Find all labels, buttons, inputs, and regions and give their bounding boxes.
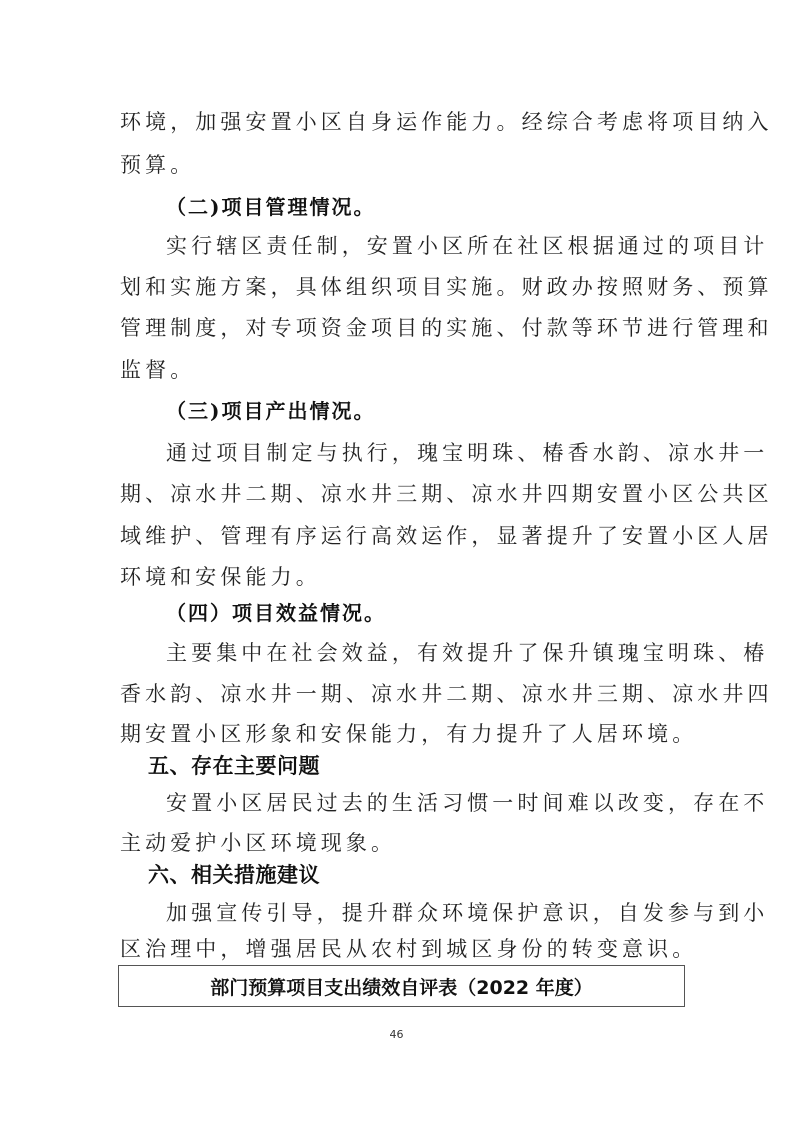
section-heading-problems: 五、存在主要问题 <box>148 753 320 779</box>
paragraph-line: 主动爱护小区环境现象。 <box>120 830 676 856</box>
paragraph-line: 监督。 <box>120 357 676 383</box>
page-number: 46 <box>0 1028 793 1041</box>
paragraph-line: 环境，加强安置小区自身运作能力。经综合考虑将项目纳入 <box>120 109 676 135</box>
table-title: 部门预算项目支出绩效自评表（2022 年度） <box>210 973 593 1000</box>
section-heading-suggestions: 六、相关措施建议 <box>148 862 320 888</box>
subheading-benefit: （四）项目效益情况。 <box>166 600 386 626</box>
paragraph-line: 安置小区居民过去的生活习惯一时间难以改变，存在不 <box>166 790 676 816</box>
paragraph-line: 主要集中在社会效益，有效提升了保升镇瑰宝明珠、椿 <box>166 640 676 666</box>
paragraph-line: 加强宣传引导，提升群众环境保护意识，自发参与到小 <box>166 900 676 926</box>
paragraph-line: 管理制度，对专项资金项目的实施、付款等环节进行管理和 <box>120 315 676 341</box>
paragraph-line: 期安置小区形象和安保能力，有力提升了人居环境。 <box>120 721 676 747</box>
paragraph-line: 实行辖区责任制，安置小区所在社区根据通过的项目计 <box>166 233 676 259</box>
paragraph-line: 域维护、管理有序运行高效运作，显著提升了安置小区人居 <box>120 523 676 549</box>
paragraph-line: 环境和安保能力。 <box>120 564 676 590</box>
document-page: 环境，加强安置小区自身运作能力。经综合考虑将项目纳入 预算。 （二)项目管理情况… <box>0 0 793 1122</box>
table-title-box: 部门预算项目支出绩效自评表（2022 年度） <box>118 965 685 1007</box>
subheading-output: （三)项目产出情况。 <box>166 398 375 424</box>
paragraph-line: 期、凉水井二期、凉水井三期、凉水井四期安置小区公共区 <box>120 481 676 507</box>
paragraph-line: 划和实施方案，具体组织项目实施。财政办按照财务、预算 <box>120 274 676 300</box>
paragraph-line: 香水韵、凉水井一期、凉水井二期、凉水井三期、凉水井四 <box>120 681 676 707</box>
paragraph-line: 区治理中，增强居民从农村到城区身份的转变意识。 <box>120 936 676 962</box>
paragraph-line: 预算。 <box>120 152 676 178</box>
subheading-management: （二)项目管理情况。 <box>166 194 375 220</box>
paragraph-line: 通过项目制定与执行，瑰宝明珠、椿香水韵、凉水井一 <box>166 440 676 466</box>
